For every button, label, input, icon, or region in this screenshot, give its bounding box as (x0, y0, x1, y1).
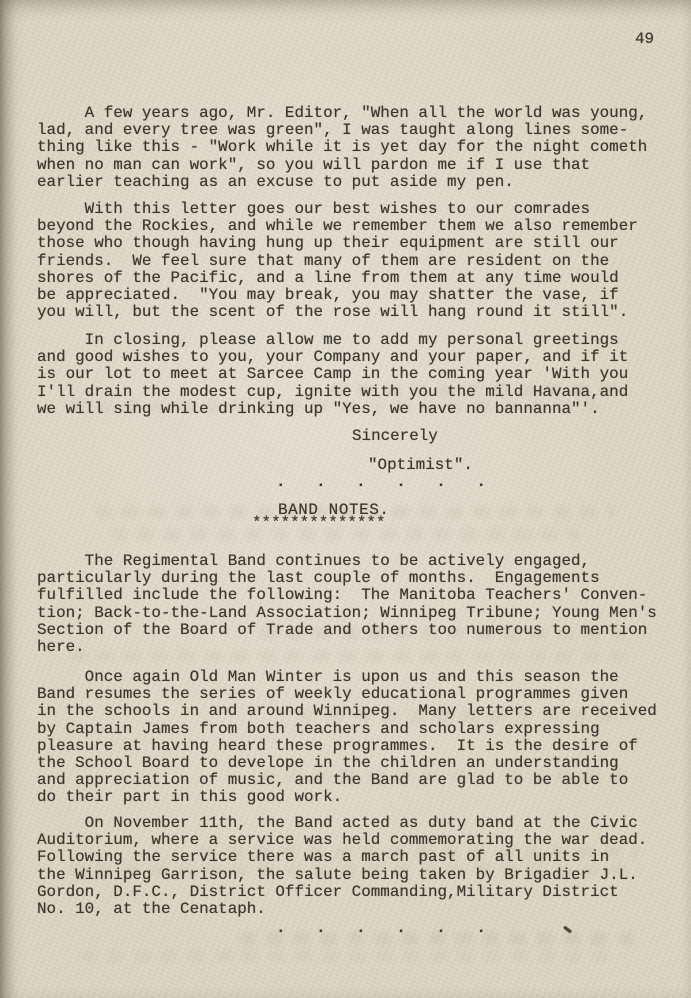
letter-paragraph-1: A few years ago, Mr. Editor, "When all t… (37, 105, 647, 191)
footer-dots-separator: . . . . . . (276, 920, 496, 937)
band-notes-heading-flourish: ************** (252, 515, 386, 532)
band-notes-paragraph-2: Once again Old Man Winter is upon us and… (37, 669, 657, 807)
dots-separator: . . . . . . (276, 474, 496, 491)
letter-paragraph-2: With this letter goes our best wishes to… (37, 201, 638, 321)
scanned-page: 49 A few years ago, Mr. Editor, "When al… (0, 0, 691, 998)
letter-signature: "Optimist". (368, 457, 473, 474)
band-notes-paragraph-3: On November 11th, the Band acted as duty… (37, 815, 647, 918)
letter-paragraph-3: In closing, please allow me to add my pe… (37, 332, 628, 418)
page-number: 49 (635, 31, 654, 48)
band-notes-paragraph-1: The Regimental Band continues to be acti… (37, 553, 657, 656)
letter-closing: Sincerely (352, 428, 438, 445)
bleed-through-smudge (80, 950, 620, 962)
